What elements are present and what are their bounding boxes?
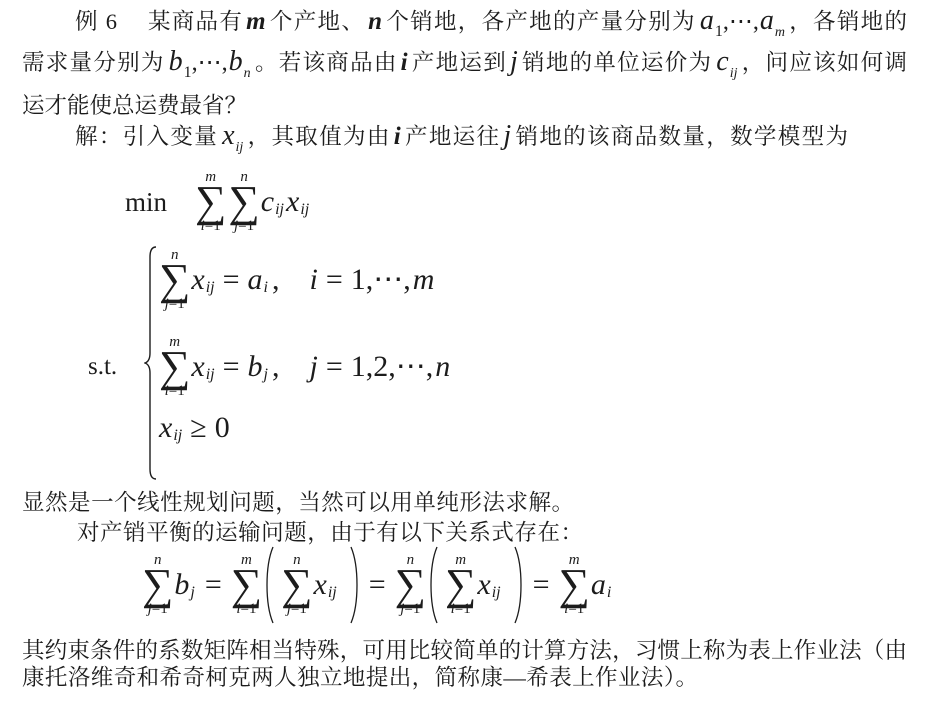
min-operator: min [125,189,167,216]
sigma-symbol: ∑ [281,568,312,602]
greater-equal-sign: ≥ [190,413,206,443]
subscript: ij [236,140,244,155]
sigma-symbol: ∑ [559,568,590,602]
comma: , [272,265,280,295]
summation-operator: m ∑ i=1 [231,553,262,617]
conclusion-line-1: 其约束条件的系数矩阵相当特殊，可用比较简单的计算方法，习惯上称为表上作业法（由 [22,636,907,666]
text-segment: 解：引入变量 [75,124,218,149]
text-segment: 产地运往 [404,124,501,149]
left-brace-icon [144,245,158,481]
text-segment: 产地运到 [411,50,507,75]
problem-line-1: 例 6 某商品有m个产地、n个销地，各产地的产量分别为a1,⋯,am，各销地的 [75,7,907,37]
example-number: 6 [106,9,117,34]
range-end: m [413,265,435,295]
index-start: =1 [568,601,584,617]
math-var-m: m [246,8,265,35]
summation-operator: n ∑ j=1 [159,248,190,312]
sum-lower-limit: j=1 [165,297,185,312]
constraint-nonnegativity: xij ≥ 0 [159,408,230,448]
summation-operator: n ∑ j=1 [281,553,312,617]
math-var-j: j [510,46,518,77]
left-paren-icon [427,546,439,624]
summation-operator: n ∑ j=1 [395,553,426,617]
sum-lower-limit: i=1 [236,602,256,617]
sum-lower-limit: i=1 [451,602,471,617]
comma: , [272,352,280,382]
equals-sign: = [223,265,240,295]
sigma-symbol: ∑ [159,263,190,297]
range-variable: j [309,352,317,382]
index-start: =1 [404,601,420,617]
sequence-separator: ,⋯, [192,50,228,76]
remark-line: 显然是一个线性规划问题，当然可以用单纯形法求解。 [22,488,574,518]
equals-sign: = [223,352,240,382]
problem-line-2: 需求量分别为b1,⋯,bn。若该商品由i产地运到j销地的单位运价为cij，问应该… [22,48,907,78]
balance-intro-line: 对产销平衡的运输问题，由于有以下关系式存在： [77,518,583,548]
zero-value: 0 [215,413,230,443]
summation-operator: m ∑ i=1 [559,553,590,617]
sigma-symbol: ∑ [159,350,190,384]
math-sequence-b: b1,⋯,bn [168,50,251,75]
index-start: =1 [169,383,185,399]
range-end: n [435,352,450,382]
text-segment: 需求量分别为 [22,50,165,75]
math-var-a: a [700,5,714,36]
index-start: =1 [455,601,471,617]
index-start: =1 [291,601,307,617]
sum-lower-limit: j=1 [287,602,307,617]
math-var-x: x [222,120,234,151]
index-start: =1 [169,296,185,312]
math-sequence-a: a1,⋯,am [699,9,785,34]
range-values: 1,⋯, [351,265,411,295]
index-start: =1 [205,218,221,234]
math-var-n: n [368,8,382,35]
example-word: 例 [75,9,99,34]
equals-sign: = [326,265,343,295]
text-segment: ，其取值为由 [246,124,390,149]
sum-lower-limit: i=1 [201,219,221,234]
summation-operator: n ∑ j=1 [228,170,259,234]
text-segment: 显然是一个线性规划问题，当然可以用单纯形法求解。 [22,490,574,515]
math-var-i: i [401,49,408,76]
math-var-x: x [191,352,204,382]
text-segment: 销地的单位运价为 [521,50,713,75]
solution-line-1: 解：引入变量xij，其取值为由i产地运往j销地的该商品数量，数学模型为 [75,122,848,152]
sum-lower-limit: i=1 [165,384,185,399]
objective-function: min m ∑ i=1 n ∑ j=1 cij xij [125,162,309,242]
math-var-x-ij: xij [221,124,243,149]
example-label: 例 6 [75,9,117,34]
text-segment: 销地的该商品数量，数学模型为 [514,124,848,149]
sum-lower-limit: j=1 [234,219,254,234]
math-var-b: b [169,46,183,77]
sequence-separator: ,⋯, [723,9,759,35]
subscript: 1 [184,64,192,81]
math-var-x: x [314,570,327,600]
sigma-symbol: ∑ [231,568,262,602]
text-segment: 运才能使总运费最省？ [22,93,247,118]
text-segment: 。若该商品由 [254,50,398,75]
balance-equation: n ∑ j=1 bj = m ∑ i=1 n ∑ j=1 xij = n ∑ j… [141,545,611,625]
text-segment: 个产地、 [269,9,366,34]
constraint-demand: m ∑ i=1 xij = bj, j = 1,2,⋯,n [158,327,450,407]
sigma-symbol: ∑ [395,568,426,602]
math-var-x: x [191,265,204,295]
summation-operator: m ∑ i=1 [445,553,476,617]
sigma-symbol: ∑ [142,568,173,602]
math-var-c: c [261,187,274,217]
equals-sign: = [326,352,343,382]
math-var-b: b [229,46,243,77]
summation-operator: m ∑ i=1 [195,170,226,234]
sum-lower-limit: j=1 [148,602,168,617]
math-var-a: a [591,570,606,600]
math-var-j: j [503,120,511,151]
left-paren-icon [263,546,275,624]
text-segment: 某商品有 [148,9,243,34]
sigma-symbol: ∑ [228,185,259,219]
summation-operator: m ∑ i=1 [159,335,190,399]
right-paren-icon [513,546,525,624]
math-var-c: c [716,46,728,77]
math-var-b: b [174,570,189,600]
sum-lower-limit: j=1 [400,602,420,617]
summation-operator: n ∑ j=1 [142,553,173,617]
math-cost-c: cij [715,50,737,75]
index-start: =1 [238,218,254,234]
range-values: 1,2,⋯, [351,352,434,382]
equals-sign: = [369,570,386,600]
text-segment: 个销地，各产地的产量分别为 [385,9,696,34]
text-segment: ，问应该如何调 [741,50,907,75]
text-segment: 康托洛维奇和希奇柯克两人独立地提出，简称康—希表上作业法）。 [22,665,698,690]
subscript: n [244,66,251,81]
math-var-x: x [477,570,490,600]
conclusion-line-2: 康托洛维奇和希奇柯克两人独立地提出，简称康—希表上作业法）。 [22,663,698,693]
equals-sign: = [205,570,222,600]
text-segment: ，各销地的 [788,9,907,34]
text-segment: 其约束条件的系数矩阵相当特殊，可用比较简单的计算方法，习惯上称为表上作业法（由 [22,638,907,663]
math-var-a: a [760,5,774,36]
math-var-i: i [394,123,401,150]
index-start: =1 [152,601,168,617]
constraint-supply: n ∑ j=1 xij = ai, i = 1,⋯,m [158,240,434,320]
math-var-a: a [248,265,263,295]
equals-sign: = [533,570,550,600]
subscript: 1 [715,23,723,40]
math-var-x: x [286,187,299,217]
index-start: =1 [241,601,257,617]
subscript: m [775,25,785,40]
math-var-b: b [248,352,263,382]
subject-to-label: s.t. [88,352,117,382]
text-segment: 对产销平衡的运输问题，由于有以下关系式存在： [77,520,583,545]
sum-lower-limit: i=1 [564,602,584,617]
math-var-x: x [159,413,172,443]
sigma-symbol: ∑ [195,185,226,219]
sigma-symbol: ∑ [445,568,476,602]
right-paren-icon [349,546,361,624]
problem-line-3: 运才能使总运费最省？ [22,91,247,121]
subscript: ij [730,66,738,81]
range-variable: i [309,265,317,295]
